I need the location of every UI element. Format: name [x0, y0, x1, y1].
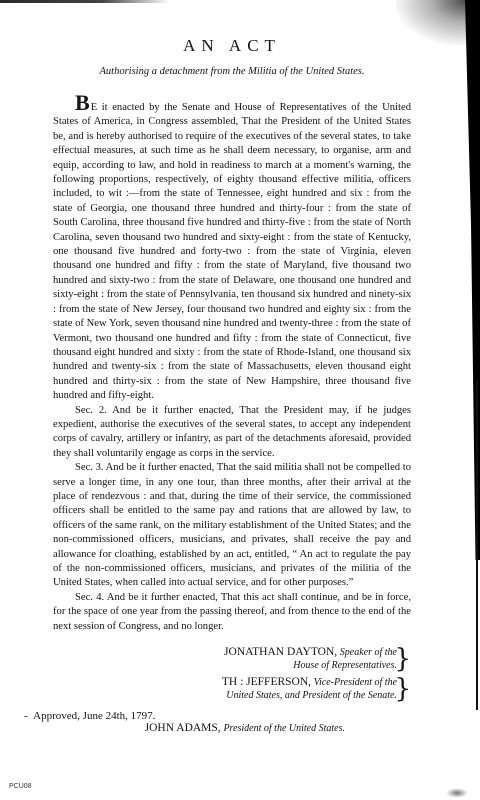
brace-icon: }	[394, 646, 411, 672]
document-body: BE it enacted by the Senate and House of…	[53, 96, 411, 634]
section-1: BE it enacted by the Senate and House of…	[53, 96, 411, 404]
signature-name: JOHN ADAMS,	[145, 722, 221, 734]
signature-president: JOHN ADAMS, President of the United Stat…	[0, 722, 345, 734]
section-1-text: E it enacted by the Senate and House of …	[53, 102, 411, 401]
document-subtitle: Authorising a detachment from the Militi…	[53, 66, 411, 77]
document-title: AN ACT	[53, 36, 411, 56]
signature-name: JONATHAN DAYTON,	[224, 646, 337, 658]
page-code-left: PCU08	[9, 783, 32, 790]
section-4: Sec. 4. And be it further enacted, That …	[53, 591, 411, 634]
signature-vice-president: TH : JEFFERSON, Vice-President of the Un…	[53, 676, 411, 702]
section-2: Sec. 2. And be it further enacted, That …	[53, 404, 411, 462]
signature-block: JONATHAN DAYTON, Speaker of the House of…	[53, 646, 411, 702]
signature-role-cont: House of Representatives.	[53, 659, 397, 672]
signature-role: Vice-President of the	[314, 677, 397, 688]
signature-name: TH : JEFFERSON,	[222, 676, 311, 688]
approval-date: - Approved, June 24th, 1797.	[24, 710, 155, 722]
drop-cap: B	[75, 90, 90, 115]
dash-mark: -	[24, 710, 33, 722]
scan-blot	[446, 788, 468, 798]
brace-icon: }	[394, 676, 411, 702]
signature-speaker: JONATHAN DAYTON, Speaker of the House of…	[53, 646, 411, 672]
scan-edge-line	[476, 380, 478, 710]
signature-role-cont: United States, and President of the Sena…	[53, 689, 397, 702]
signature-role: President of the United States.	[223, 723, 345, 734]
section-3: Sec. 3. And be it further enacted, That …	[53, 461, 411, 591]
signature-role: Speaker of the	[340, 647, 397, 658]
scan-edge-top	[0, 0, 170, 3]
approval-text: Approved, June 24th, 1797.	[33, 710, 155, 722]
